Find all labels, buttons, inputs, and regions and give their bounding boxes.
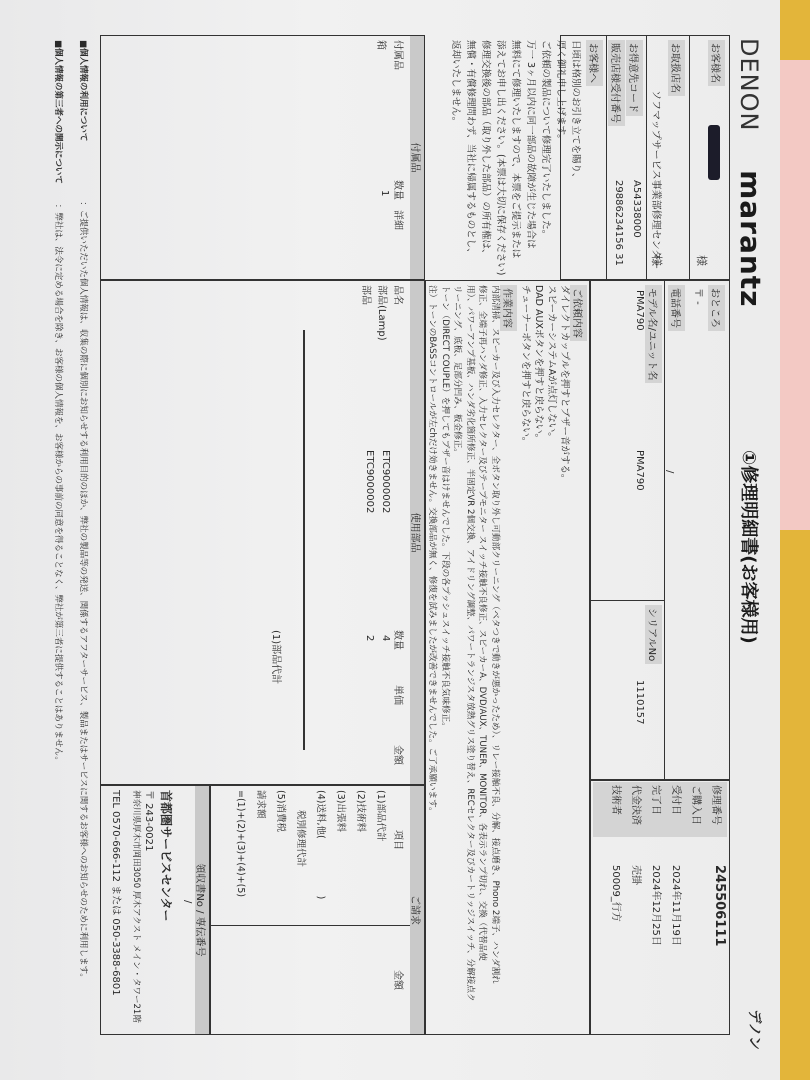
receipt-label: 領収書No / 専伝番号 xyxy=(195,786,209,1034)
purchase-date-label: ご購入日 xyxy=(690,785,705,825)
part-qty-1: 4 xyxy=(380,635,391,641)
part-code-1: ETC9000002 xyxy=(380,450,391,513)
customer-name-label: お客様名 xyxy=(708,40,725,86)
part-code-2: ETC9000002 xyxy=(364,450,375,513)
parts-col-name: 品名 xyxy=(392,285,407,305)
repair-statement: DENON marantz ①修理明細書(お客様用) デノン お客様名 様 お取… xyxy=(35,30,775,1040)
notice-text: 日頃は格別のお引き立てを賜り、厚く御礼申し上げます。ご依頼の製品について修理完了… xyxy=(448,40,583,280)
receipt-value: / xyxy=(182,900,193,903)
accessories-box xyxy=(100,35,425,280)
accessories-col-name: 付属品 xyxy=(392,40,407,70)
service-center-tel: TEL 0570-666-112 または 050-3388-6801 xyxy=(110,790,125,996)
work-label: 作業内容 xyxy=(500,285,517,331)
payment-label: 代金決済 xyxy=(630,785,645,825)
request-text: ダイレクトカップルを押すとブザー音がする。スピーカーシステムAが点灯しない。DA… xyxy=(519,285,571,483)
parts-box xyxy=(100,280,425,785)
repair-number-label: 修理番号 xyxy=(710,785,725,825)
privacy-third-party: ■個人情報の第三者への開示について：弊社は、法令に定める場合を除き、お客様の個人… xyxy=(53,40,65,765)
billing-col-amount: 金額 xyxy=(392,970,407,990)
redacted-name xyxy=(708,125,720,180)
received-date-value: 2024年11月19日 xyxy=(670,865,685,946)
billing-header: ご請求 xyxy=(410,786,424,1034)
dealer-label: お取扱店名 xyxy=(668,40,685,96)
denon-logo: DENON xyxy=(735,38,763,131)
code-value: A54338000 xyxy=(631,180,642,238)
document-title: ①修理明細書(お客様用) xyxy=(737,450,763,644)
brand-logos: DENON marantz xyxy=(734,38,767,307)
brand-right: デノン xyxy=(745,1010,765,1050)
code-label: お得意先コード xyxy=(626,40,643,116)
privacy-use: ■個人情報の利用について：ご提供いただいた個人情報は、収集の際に個別にお知らせす… xyxy=(78,40,90,982)
technician-value: 50009_行方 xyxy=(610,865,625,922)
model-value-2: PMA790 xyxy=(634,450,645,491)
dealer-value: ソフマップサービス事業部修理センター xyxy=(650,90,665,269)
accessory-name: 箱 xyxy=(375,40,390,50)
service-center-postal: 〒 243-0021 xyxy=(143,790,158,851)
parts-col-qty: 数量 xyxy=(392,630,407,650)
accessories-header: 付属品 xyxy=(410,36,424,279)
model-label: モデル名/ユニット名 xyxy=(645,285,662,383)
completed-date-value: 2024年12月25日 xyxy=(650,865,665,946)
part-name-1: 部品(Lamp) xyxy=(376,285,391,341)
request-label: ご依頼内容 xyxy=(570,285,587,341)
accessories-col-detail: 詳細 xyxy=(392,210,407,230)
address-label: おところ xyxy=(708,285,725,331)
accessory-qty: 1 xyxy=(379,190,390,196)
dealer-suffix: 様 xyxy=(649,255,665,266)
serial-value: 1110157 xyxy=(634,680,645,725)
receipt-number-value: 29886234156 31 xyxy=(613,180,624,266)
billing-col-item: 項目 xyxy=(392,830,407,850)
parts-col-amount: 金額 xyxy=(392,745,407,765)
marantz-logo: marantz xyxy=(734,170,767,307)
technician-label: 技術者 xyxy=(610,785,625,815)
service-center-address: 神奈川県厚木市岡田3050 厚木アクスト メイン・タワー21階 xyxy=(131,790,143,1023)
accessories-col-qty: 数量 xyxy=(392,180,407,200)
model-value: PMA790 xyxy=(634,290,645,331)
parts-subtotal-label: (1)部品代計 xyxy=(270,630,285,684)
parts-col-unit: 単価 xyxy=(392,685,407,705)
phone-label: 電話番号 xyxy=(668,285,685,331)
postal-value: 〒 - xyxy=(692,288,707,305)
phone-value: / xyxy=(664,470,675,473)
parts-header: 使用部品 xyxy=(410,281,424,784)
part-name-2: 部品 xyxy=(360,285,375,305)
billing-items: (1)部品代計(2)技術料(3)出張料 (4)送料,他( )税別修理代計(5)消… xyxy=(230,790,390,899)
serial-label: シリアルNo xyxy=(645,605,662,664)
customer-name-suffix: 様 xyxy=(694,255,710,266)
receipt-number-label: 販売店様受付番号 xyxy=(608,40,625,126)
repair-number-value: 245506111 xyxy=(712,865,727,946)
to-customer-label: お客様へ xyxy=(586,40,603,86)
received-date-label: 受付日 xyxy=(670,785,685,815)
payment-value: 売掛 xyxy=(630,865,645,885)
part-qty-2: 2 xyxy=(364,635,375,641)
work-text: 内部清掃、スピーカー及び入力セレクター、全ボタン取り外し可動部クリーニング（ベタ… xyxy=(426,285,501,1030)
service-center-name: 首都圏サービスセンター xyxy=(158,790,175,922)
completed-date-label: 完了日 xyxy=(650,785,665,815)
